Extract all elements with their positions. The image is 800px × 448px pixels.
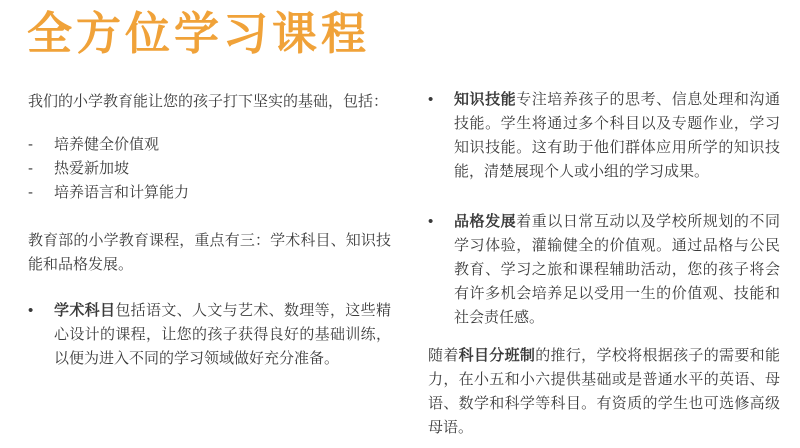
bullet-text: 品格发展着重以日常互动以及学校所规划的不同学习体验，灌输健全的价值观。通过品格与… (454, 210, 780, 330)
list-item-label: 热爱新加坡 (54, 157, 391, 181)
bullet-bold-term: 知识技能 (454, 91, 516, 108)
list-item: - 培养语言和计算能力 (28, 181, 391, 205)
closing-bold-term: 科目分班制 (459, 347, 536, 364)
bullet-bold-term: 学术科目 (54, 302, 115, 319)
bullet-marker: • (428, 210, 454, 234)
bullet-text: 学术科目包括语文、人文与艺术、数理等，这些精心设计的课程，让您的孩子获得良好的基… (54, 299, 391, 371)
overview-paragraph: 教育部的小学教育课程，重点有三：学术科目、知识技能和品格发展。 (28, 229, 391, 277)
list-item-label: 培养健全价值观 (54, 133, 391, 157)
bullet-academic-subjects: • 学术科目包括语文、人文与艺术、数理等，这些精心设计的课程，让您的孩子获得良好… (28, 299, 391, 371)
page-title: 全方位学习课程 (27, 8, 370, 60)
intro-paragraph: 我们的小学教育能让您的孩子打下坚实的基础，包括： (28, 90, 391, 114)
bullet-marker: • (28, 299, 54, 323)
closing-paragraph: 随着科目分班制的推行，学校将根据孩子的需要和能力，在小五和小六提供基础或是普通水… (428, 344, 780, 440)
list-item: - 培养健全价值观 (28, 133, 391, 157)
dash-marker: - (28, 157, 54, 181)
dash-list: - 培养健全价值观 - 热爱新加坡 - 培养语言和计算能力 (28, 133, 391, 205)
curriculum-page: 全方位学习课程 我们的小学教育能让您的孩子打下坚实的基础，包括： - 培养健全价… (0, 0, 800, 448)
list-item-label: 培养语言和计算能力 (54, 181, 391, 205)
bullet-marker: • (428, 88, 454, 112)
list-item: - 热爱新加坡 (28, 157, 391, 181)
bullet-character-development: • 品格发展着重以日常互动以及学校所规划的不同学习体验，灌输健全的价值观。通过品… (428, 210, 780, 330)
closing-prefix: 随着 (428, 347, 459, 364)
dash-marker: - (28, 181, 54, 205)
bullet-knowledge-skills: • 知识技能专注培养孩子的思考、信息处理和沟通技能。学生将通过多个科目以及专题作… (428, 88, 780, 184)
bullet-text: 知识技能专注培养孩子的思考、信息处理和沟通技能。学生将通过多个科目以及专题作业，… (454, 88, 780, 184)
right-column: • 知识技能专注培养孩子的思考、信息处理和沟通技能。学生将通过多个科目以及专题作… (428, 88, 780, 440)
bullet-bold-term: 品格发展 (454, 213, 516, 230)
left-column: 我们的小学教育能让您的孩子打下坚实的基础，包括： - 培养健全价值观 - 热爱新… (28, 90, 391, 371)
dash-marker: - (28, 133, 54, 157)
